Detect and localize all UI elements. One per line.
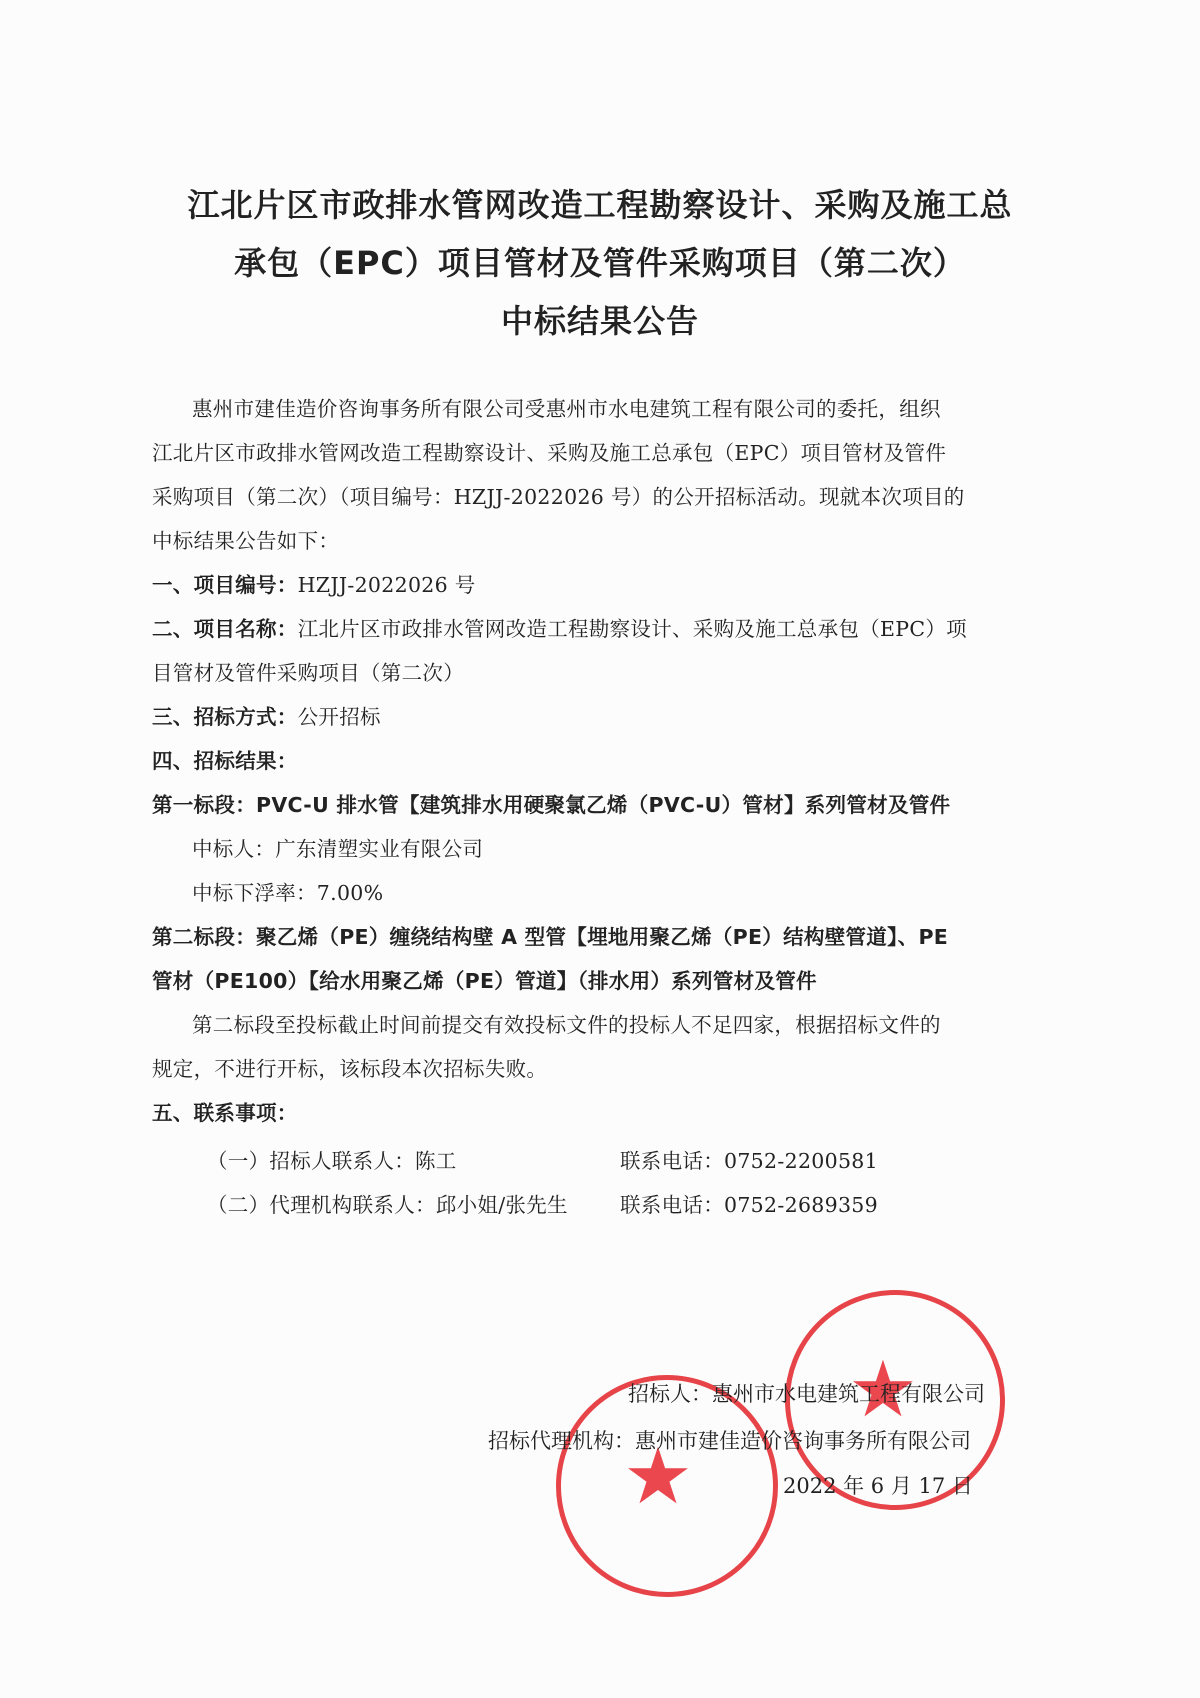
signature-date: 2022 年 6 月 17 日 [783,1470,973,1500]
contact-agent: （二）代理机构联系人：邱小姐/张先生 [207,1188,568,1218]
section-label: 一、项目编号： [152,573,298,597]
project-name-value: 江北片区市政排水管网改造工程勘察设计、采购及施工总承包（EPC）项 [298,617,967,641]
document-page: 江北片区市政排水管网改造工程勘察设计、采购及施工总 承包（EPC）项目管材及管件… [0,0,1200,1698]
contact-tenderer-phone: 联系电话：0752-2200581 [620,1144,878,1174]
lot1-discount-rate: 中标下浮率：7.00% [192,876,383,906]
signature-agent: 招标代理机构：惠州市建佳造价咨询事务所有限公司 [488,1425,971,1455]
title-line-2: 承包（EPC）项目管材及管件采购项目（第二次） [0,238,1200,284]
section-contacts: 五、联系事项： [152,1096,298,1126]
title-line-1: 江北片区市政排水管网改造工程勘察设计、采购及施工总 [0,180,1200,226]
intro-line-2: 江北片区市政排水管网改造工程勘察设计、采购及施工总承包（EPC）项目管材及管件 [152,436,946,466]
section-project-name: 二、项目名称：江北片区市政排水管网改造工程勘察设计、采购及施工总承包（EPC）项 [152,612,967,642]
signature-tenderer: 招标人：惠州市水电建筑工程有限公司 [628,1378,985,1408]
section-label: 二、项目名称： [152,617,298,641]
contact-tenderer: （一）招标人联系人：陈工 [207,1144,457,1174]
lot1-heading: 第一标段：PVC-U 排水管【建筑排水用硬聚氯乙烯（PVC-U）管材】系列管材及… [152,788,950,818]
section-tender-result: 四、招标结果： [152,744,298,774]
lot2-heading-line-1: 第二标段：聚乙烯（PE）缠绕结构壁 A 型管【埋地用聚乙烯（PE）结构壁管道】、… [152,920,948,950]
intro-line-3: 采购项目（第二次）（项目编号：HZJJ-2022026 号）的公开招标活动。现就… [152,480,965,510]
intro-line-4: 中标结果公告如下： [152,524,339,554]
agent-company-seal: ★ [556,1375,778,1597]
section-label: 三、招标方式： [152,705,298,729]
section-tender-method: 三、招标方式：公开招标 [152,700,381,730]
intro-line-1: 惠州市建佳造价咨询事务所有限公司受惠州市水电建筑工程有限公司的委托，组织 [192,392,941,422]
lot2-heading-line-2: 管材（PE100）【给水用聚乙烯（PE）管道】（排水用）系列管材及管件 [152,964,817,994]
tender-method-value: 公开招标 [298,705,381,729]
project-number-value: HZJJ-2022026 号 [298,573,476,597]
title-line-3: 中标结果公告 [0,296,1200,342]
section-project-number: 一、项目编号：HZJJ-2022026 号 [152,568,476,598]
lot1-winner: 中标人：广东清塑实业有限公司 [192,832,483,862]
contact-agent-phone: 联系电话：0752-2689359 [620,1188,878,1218]
lot2-note-line-1: 第二标段至投标截止时间前提交有效投标文件的投标人不足四家，根据招标文件的 [192,1008,941,1038]
lot2-note-line-2: 规定，不进行开标，该标段本次招标失败。 [152,1052,547,1082]
project-name-continued: 目管材及管件采购项目（第二次） [152,656,464,686]
